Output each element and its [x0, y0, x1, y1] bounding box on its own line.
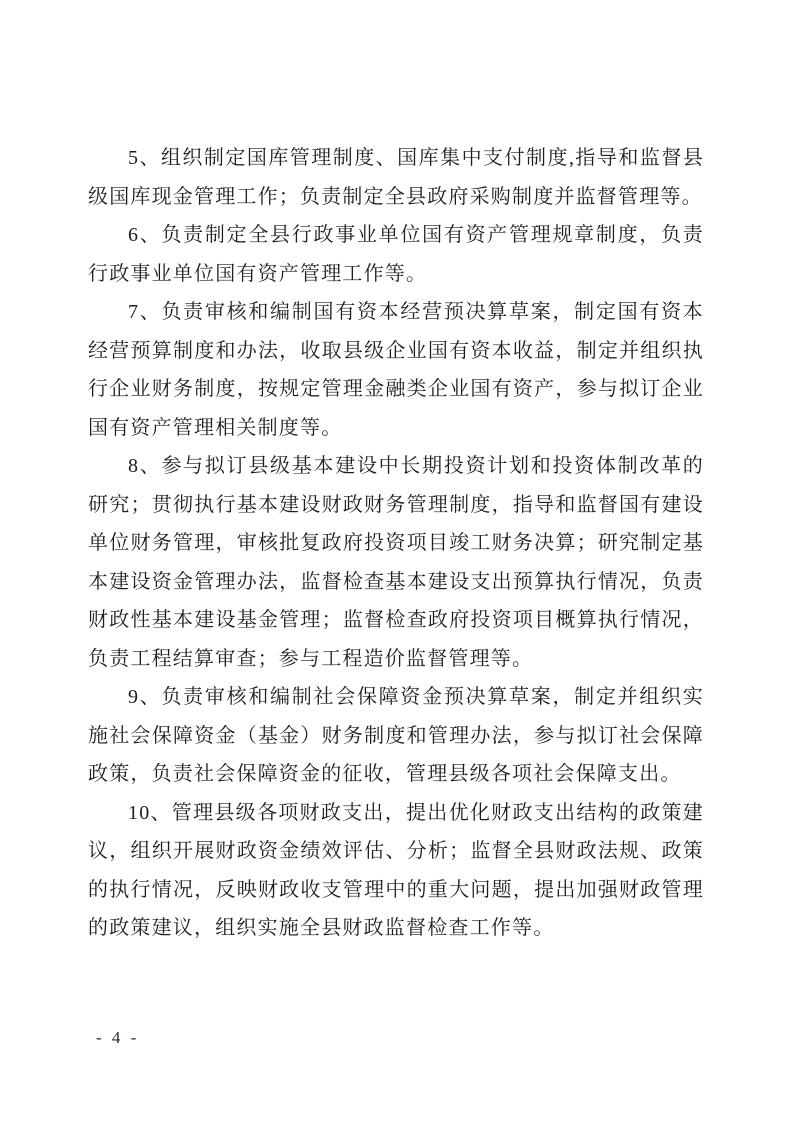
paragraph-item-5: 5、组织制定国库管理制度、国库集中支付制度,指导和监督县级国库现金管理工作；负责… [88, 139, 704, 216]
document-page: 5、组织制定国库管理制度、国库集中支付制度,指导和监督县级国库现金管理工作；负责… [0, 0, 793, 1122]
paragraph-item-8: 8、参与拟订县级基本建设中长期投资计划和投资体制改革的研究；贯彻执行基本建设财政… [88, 447, 704, 678]
page-number: - 4 - [96, 1028, 139, 1048]
paragraph-item-10: 10、管理县级各项财政支出，提出优化财政支出结构的政策建议，组织开展财政资金绩效… [88, 794, 704, 948]
paragraph-item-7: 7、负责审核和编制国有资本经营预决算草案，制定国有资本经营预算制度和办法，收取县… [88, 293, 704, 447]
document-body-text: 5、组织制定国库管理制度、国库集中支付制度,指导和监督县级国库现金管理工作；负责… [88, 139, 704, 948]
paragraph-item-9: 9、负责审核和编制社会保障资金预决算草案，制定并组织实施社会保障资金（基金）财务… [88, 678, 704, 794]
paragraph-item-6: 6、负责制定全县行政事业单位国有资产管理规章制度，负责行政事业单位国有资产管理工… [88, 216, 704, 293]
